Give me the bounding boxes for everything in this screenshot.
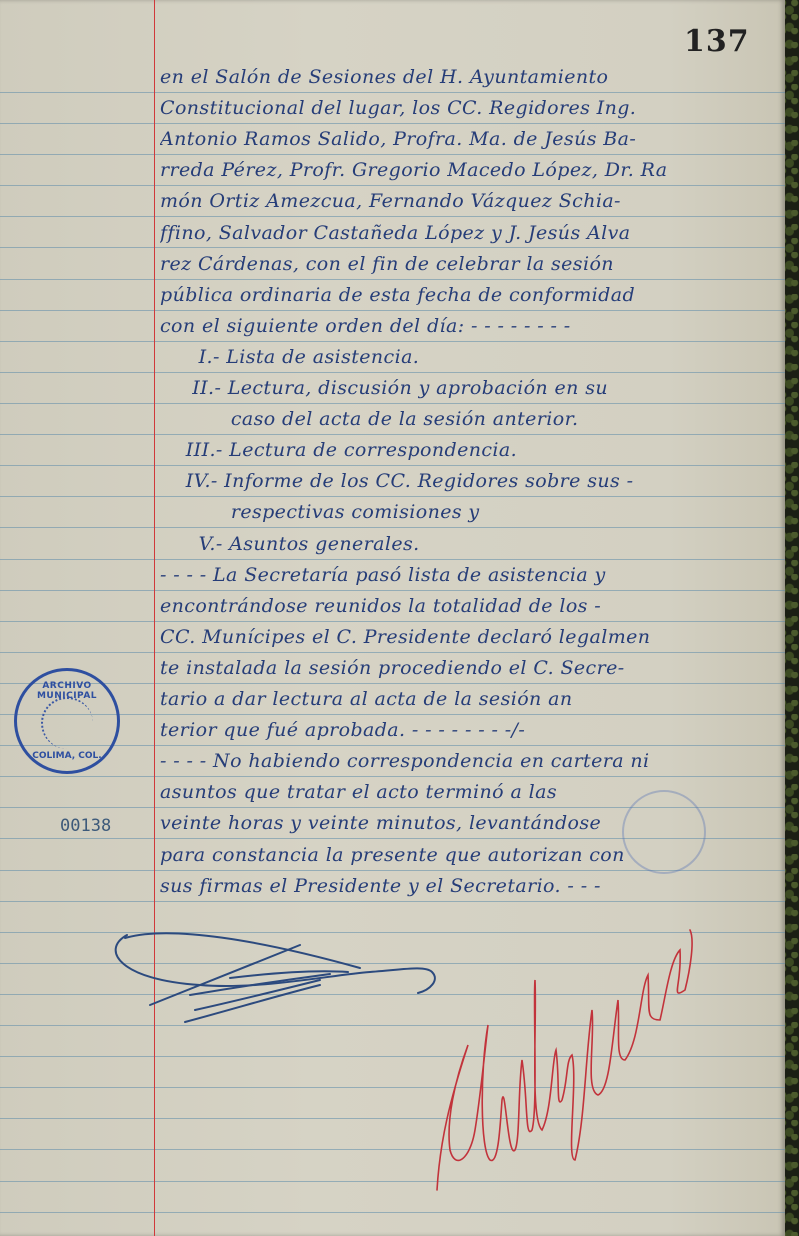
president-signature-icon <box>116 933 435 1022</box>
secretary-signature-icon <box>437 930 692 1190</box>
signatures <box>0 0 785 1236</box>
ledger-page: 137 en el Salón de Sesiones del H. Ayunt… <box>0 0 785 1236</box>
